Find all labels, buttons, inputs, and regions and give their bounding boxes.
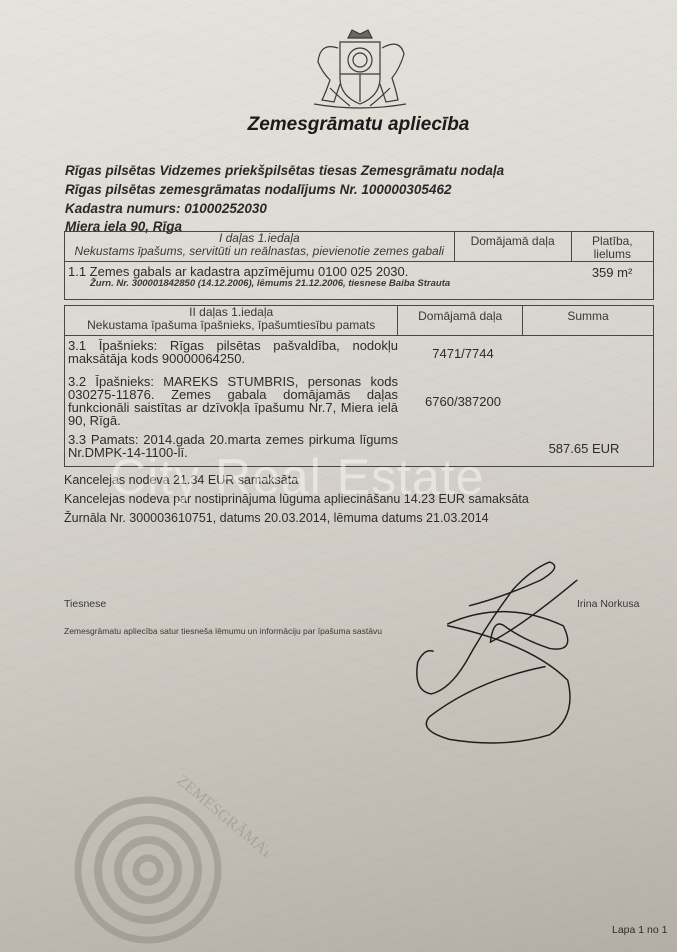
- section-1-heading: I daļas 1.iedaļa Nekustams īpašums, serv…: [65, 232, 455, 262]
- share-value: 7471/7744: [398, 339, 528, 375]
- row-description: 1.1 Zemes gabals ar kadastra apzīmējumu …: [65, 262, 572, 300]
- judge-label: Tiesnese: [64, 598, 106, 610]
- row-text: 3.2 Īpašnieks: MAREKS STUMBRIS, personas…: [65, 375, 398, 433]
- column-area: Platība, lielums: [571, 232, 653, 262]
- column-share: Domājamā daļa: [454, 232, 571, 262]
- column-sum: Summa: [522, 306, 653, 336]
- row-text: 3.1 Īpašnieks: Rīgas pilsētas pašvaldība…: [65, 339, 398, 375]
- table-row: 3.1 Īpašnieks: Rīgas pilsētas pašvaldība…: [65, 336, 654, 467]
- rows-container: 3.1 Īpašnieks: Rīgas pilsētas pašvaldība…: [65, 336, 654, 467]
- cadastre-number: Kadastra numurs: 01000252030: [65, 201, 267, 216]
- journal-line: Žurnāla Nr. 300003610751, datums 20.03.2…: [64, 511, 489, 525]
- column-share: Domājamā daļa: [398, 306, 523, 336]
- svg-text:ZEMESGRĀMATA: ZEMESGRĀMATA: [173, 772, 268, 869]
- section-2-table: II daļas 1.iedaļa Nekustama īpašuma īpaš…: [64, 305, 654, 467]
- seal-stamp-icon: ZEMESGRĀMATA: [68, 760, 268, 950]
- row-text: 1.1 Zemes gabals ar kadastra apzīmējumu …: [68, 265, 568, 278]
- latvia-coat-of-arms-icon: [300, 28, 420, 114]
- court-department: Rīgas pilsētas Vidzemes priekšpilsētas t…: [65, 163, 504, 178]
- owner-row-2: 3.2 Īpašnieks: MAREKS STUMBRIS, personas…: [65, 375, 653, 433]
- section-2-heading: II daļas 1.iedaļa Nekustama īpašuma īpaš…: [65, 306, 398, 336]
- share-value: 6760/387200: [398, 375, 528, 433]
- journal-entry: Žurn. Nr. 300001842850 (14.12.2006), lēm…: [68, 278, 568, 289]
- section-1-table: I daļas 1.iedaļa Nekustams īpašums, serv…: [64, 231, 654, 300]
- area-value: 359 m²: [571, 262, 653, 300]
- page-number: Lapa 1 no 1: [612, 924, 667, 936]
- section-2-subtitle: Nekustama īpašuma īpašnieks, īpašumtiesī…: [68, 319, 394, 332]
- signature-icon: [395, 548, 595, 758]
- table-row: 1.1 Zemes gabals ar kadastra apzīmējumu …: [65, 262, 654, 300]
- owner-row-1: 3.1 Īpašnieks: Rīgas pilsētas pašvaldība…: [65, 336, 653, 375]
- document-title: Zemesgrāmatu apliecība: [0, 114, 677, 136]
- section-1-subtitle: Nekustams īpašums, servitūti un reālnast…: [68, 245, 451, 258]
- footnote: Zemesgrāmatu apliecība satur tiesneša lē…: [64, 626, 382, 636]
- sum-value: 587.65 EUR: [528, 433, 640, 466]
- watermark-text: City Real Estate: [110, 448, 484, 506]
- register-number: Rīgas pilsētas zemesgrāmatas nodalījums …: [65, 182, 451, 197]
